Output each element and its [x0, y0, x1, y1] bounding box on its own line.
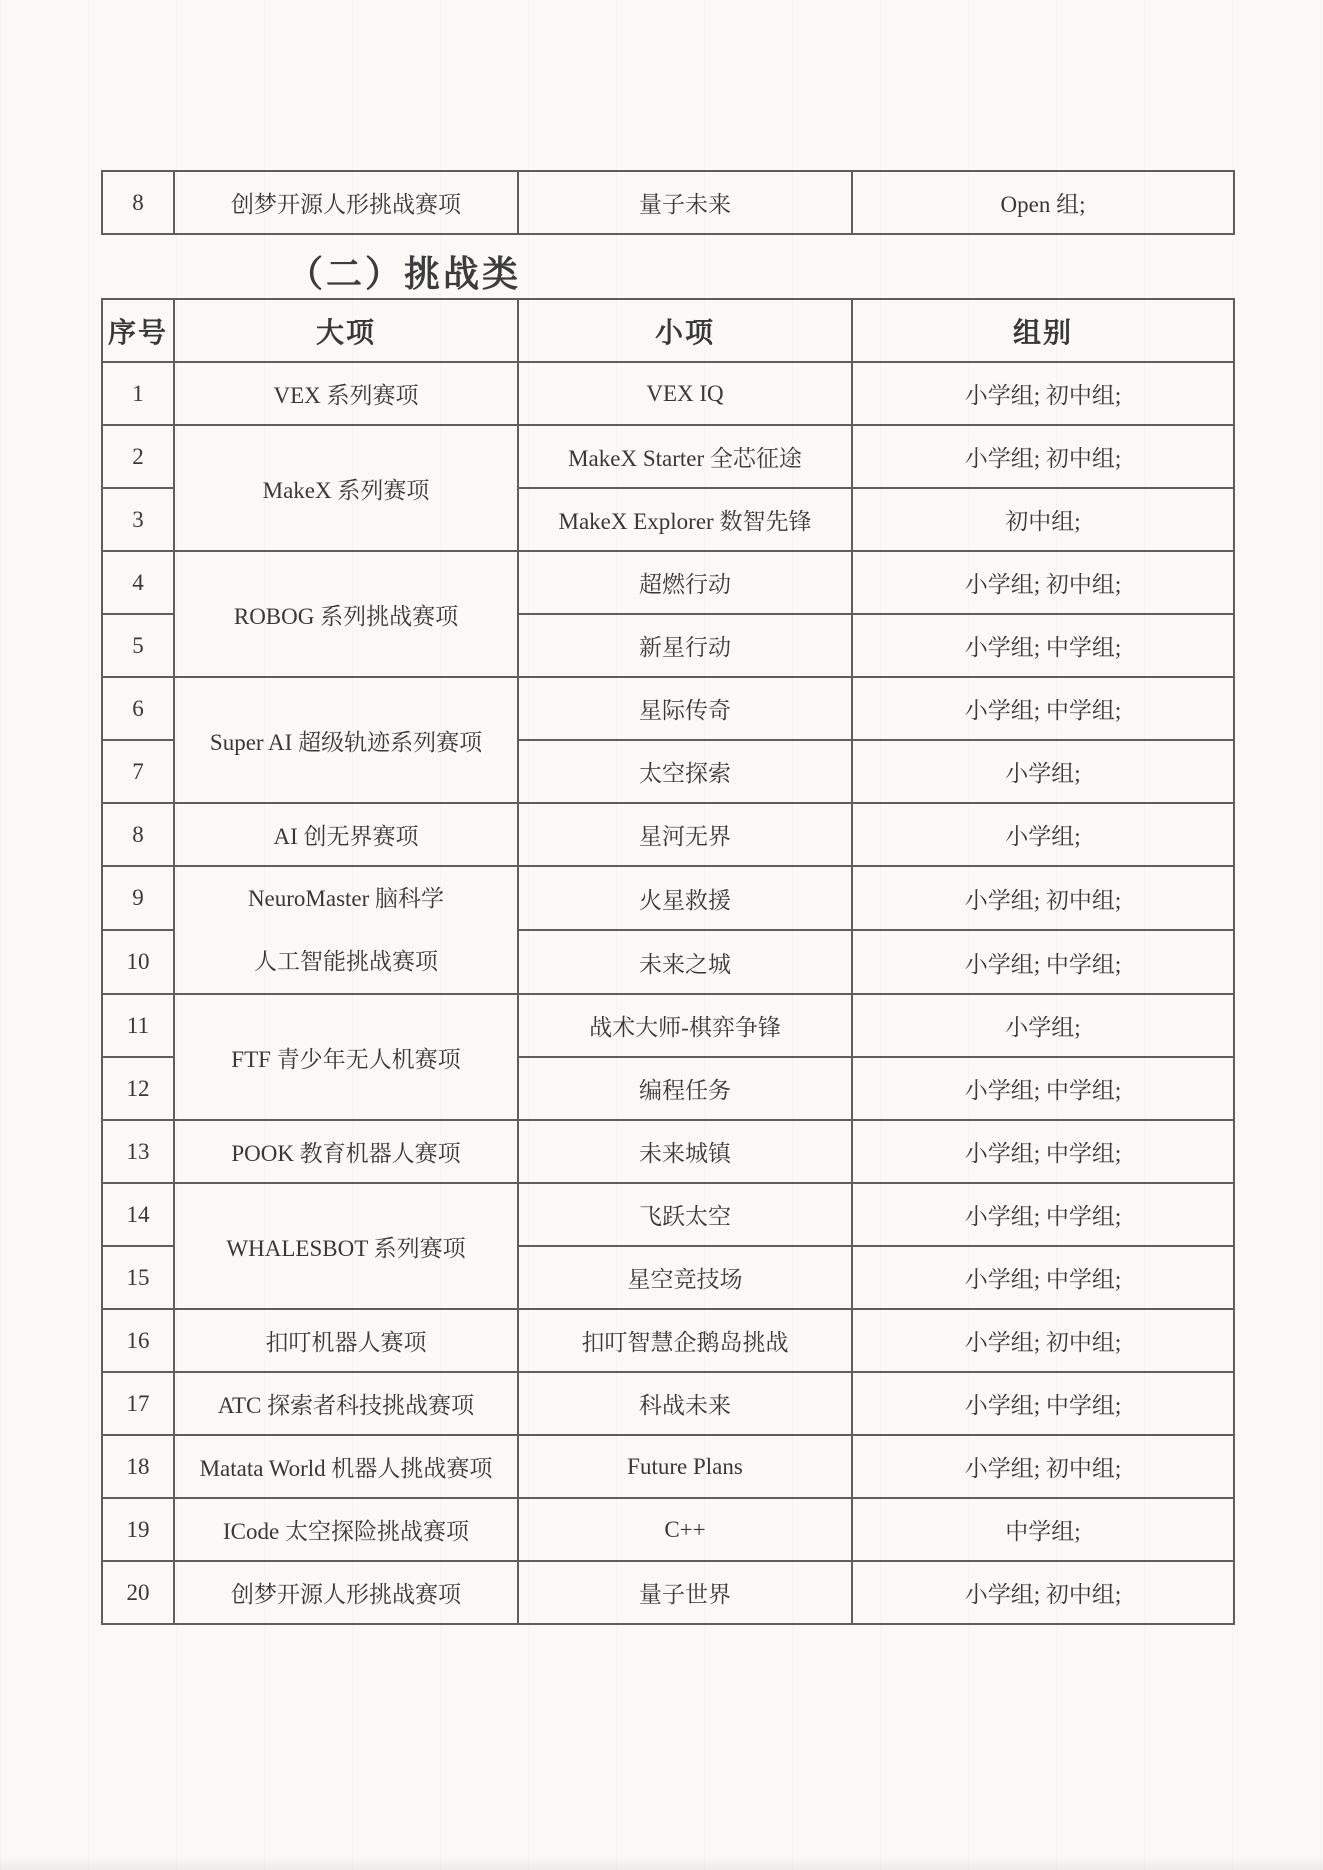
cell-minor: 飞跃太空	[518, 1183, 852, 1246]
cell-minor: Future Plans	[518, 1435, 852, 1498]
cell-no: 9	[102, 866, 174, 930]
cell-no: 19	[102, 1498, 174, 1561]
table-header-row: 序号大项小项组别	[102, 299, 1234, 362]
cell-no: 3	[102, 488, 174, 551]
cell-no: 18	[102, 1435, 174, 1498]
scanned-page: 8创梦开源人形挑战赛项量子未来Open 组; （二）挑战类 序号大项小项组别 1…	[0, 0, 1323, 1870]
challenge-table-body: 1VEX 系列赛项VEX IQ小学组; 初中组;2MakeX 系列赛项MakeX…	[102, 362, 1234, 1624]
major-multiline: NeuroMaster 脑科学人工智能挑战赛项	[179, 867, 513, 993]
cell-major: MakeX 系列赛项	[174, 425, 518, 551]
cell-groups: 小学组;	[852, 803, 1234, 866]
table-row: 16扣叮机器人赛项扣叮智慧企鹅岛挑战小学组; 初中组;	[102, 1309, 1234, 1372]
cell-no: 10	[102, 930, 174, 994]
cell-major: ICode 太空探险挑战赛项	[174, 1498, 518, 1561]
cell-major: POOK 教育机器人赛项	[174, 1120, 518, 1183]
cell-no: 8	[102, 803, 174, 866]
cell-groups: 小学组;	[852, 994, 1234, 1057]
header-cell-2: 小项	[518, 299, 852, 362]
table-row: 17ATC 探索者科技挑战赛项科战未来小学组; 中学组;	[102, 1372, 1234, 1435]
cell-major: WHALESBOT 系列赛项	[174, 1183, 518, 1309]
cell-major: NeuroMaster 脑科学人工智能挑战赛项	[174, 866, 518, 994]
cell-no: 1	[102, 362, 174, 425]
cell-minor: 编程任务	[518, 1057, 852, 1120]
cell-minor: VEX IQ	[518, 362, 852, 425]
cell-no: 13	[102, 1120, 174, 1183]
cell-no: 7	[102, 740, 174, 803]
cell-groups: 小学组; 初中组;	[852, 1309, 1234, 1372]
cell-minor: 星河无界	[518, 803, 852, 866]
cell-major: ROBOG 系列挑战赛项	[174, 551, 518, 677]
header-cell-0: 序号	[102, 299, 174, 362]
cell-groups: 小学组; 初中组;	[852, 866, 1234, 930]
cell-groups: 小学组; 中学组;	[852, 930, 1234, 994]
cell-groups: 小学组; 中学组;	[852, 1120, 1234, 1183]
major-line: NeuroMaster 脑科学	[248, 887, 444, 910]
cell-major: FTF 青少年无人机赛项	[174, 994, 518, 1120]
cell-minor: MakeX Starter 全芯征途	[518, 425, 852, 488]
cell-groups: 小学组; 中学组;	[852, 677, 1234, 740]
cell-major: 创梦开源人形挑战赛项	[174, 171, 518, 234]
cell-minor: 量子世界	[518, 1561, 852, 1624]
table-row: 13POOK 教育机器人赛项未来城镇小学组; 中学组;	[102, 1120, 1234, 1183]
cell-groups: 小学组; 中学组;	[852, 614, 1234, 677]
table-row: 18Matata World 机器人挑战赛项Future Plans小学组; 初…	[102, 1435, 1234, 1498]
cell-no: 20	[102, 1561, 174, 1624]
cell-no: 2	[102, 425, 174, 488]
cell-major: Matata World 机器人挑战赛项	[174, 1435, 518, 1498]
cell-groups: 小学组; 初中组;	[852, 425, 1234, 488]
cell-groups: 小学组; 中学组;	[852, 1057, 1234, 1120]
cell-major: ATC 探索者科技挑战赛项	[174, 1372, 518, 1435]
cell-minor: 量子未来	[518, 171, 852, 234]
table-row: 1VEX 系列赛项VEX IQ小学组; 初中组;	[102, 362, 1234, 425]
cell-groups: 初中组;	[852, 488, 1234, 551]
continuation-row: 8创梦开源人形挑战赛项量子未来Open 组;	[102, 171, 1234, 234]
cell-major: AI 创无界赛项	[174, 803, 518, 866]
table-row: 2MakeX 系列赛项MakeX Starter 全芯征途小学组; 初中组;	[102, 425, 1234, 488]
cell-minor: 超燃行动	[518, 551, 852, 614]
table-row: 6Super AI 超级轨迹系列赛项星际传奇小学组; 中学组;	[102, 677, 1234, 740]
cell-minor: 新星行动	[518, 614, 852, 677]
table-row: 11FTF 青少年无人机赛项战术大师-棋弈争锋小学组;	[102, 994, 1234, 1057]
continuation-table: 8创梦开源人形挑战赛项量子未来Open 组;	[101, 170, 1235, 235]
cell-groups: 小学组; 中学组;	[852, 1246, 1234, 1309]
cell-no: 16	[102, 1309, 174, 1372]
cell-groups: 中学组;	[852, 1498, 1234, 1561]
challenge-table: 序号大项小项组别 1VEX 系列赛项VEX IQ小学组; 初中组;2MakeX …	[101, 298, 1235, 1625]
cell-groups: 小学组; 初中组;	[852, 1435, 1234, 1498]
cell-minor: 战术大师-棋弈争锋	[518, 994, 852, 1057]
cell-groups: 小学组; 初中组;	[852, 362, 1234, 425]
cell-minor: 扣叮智慧企鹅岛挑战	[518, 1309, 852, 1372]
cell-minor: 太空探索	[518, 740, 852, 803]
cell-groups: 小学组;	[852, 740, 1234, 803]
cell-minor: 科战未来	[518, 1372, 852, 1435]
table-row: 8AI 创无界赛项星河无界小学组;	[102, 803, 1234, 866]
section-heading: （二）挑战类	[287, 246, 521, 297]
cell-major: Super AI 超级轨迹系列赛项	[174, 677, 518, 803]
cell-groups: 小学组; 中学组;	[852, 1372, 1234, 1435]
cell-no: 12	[102, 1057, 174, 1120]
cell-no: 14	[102, 1183, 174, 1246]
table-row: 9NeuroMaster 脑科学人工智能挑战赛项火星救援小学组; 初中组;	[102, 866, 1234, 930]
table-row: 19ICode 太空探险挑战赛项C++中学组;	[102, 1498, 1234, 1561]
table-row: 4ROBOG 系列挑战赛项超燃行动小学组; 初中组;	[102, 551, 1234, 614]
cell-groups: 小学组; 中学组;	[852, 1183, 1234, 1246]
cell-minor: 星空竞技场	[518, 1246, 852, 1309]
cell-minor: 未来之城	[518, 930, 852, 994]
cell-minor: 未来城镇	[518, 1120, 852, 1183]
cell-no: 4	[102, 551, 174, 614]
cell-groups: Open 组;	[852, 171, 1234, 234]
cell-no: 6	[102, 677, 174, 740]
cell-no: 8	[102, 171, 174, 234]
cell-minor: MakeX Explorer 数智先锋	[518, 488, 852, 551]
scan-edge-shadow	[0, 1856, 1323, 1870]
table-row: 14WHALESBOT 系列赛项飞跃太空小学组; 中学组;	[102, 1183, 1234, 1246]
cell-groups: 小学组; 初中组;	[852, 551, 1234, 614]
header-cell-1: 大项	[174, 299, 518, 362]
cell-no: 15	[102, 1246, 174, 1309]
cell-groups: 小学组; 初中组;	[852, 1561, 1234, 1624]
major-line: 人工智能挑战赛项	[254, 950, 438, 973]
table-row: 20创梦开源人形挑战赛项量子世界小学组; 初中组;	[102, 1561, 1234, 1624]
cell-minor: 星际传奇	[518, 677, 852, 740]
cell-no: 17	[102, 1372, 174, 1435]
cell-minor: C++	[518, 1498, 852, 1561]
cell-major: 创梦开源人形挑战赛项	[174, 1561, 518, 1624]
cell-major: 扣叮机器人赛项	[174, 1309, 518, 1372]
cell-no: 11	[102, 994, 174, 1057]
header-cell-3: 组别	[852, 299, 1234, 362]
cell-minor: 火星救援	[518, 866, 852, 930]
cell-major: VEX 系列赛项	[174, 362, 518, 425]
cell-no: 5	[102, 614, 174, 677]
